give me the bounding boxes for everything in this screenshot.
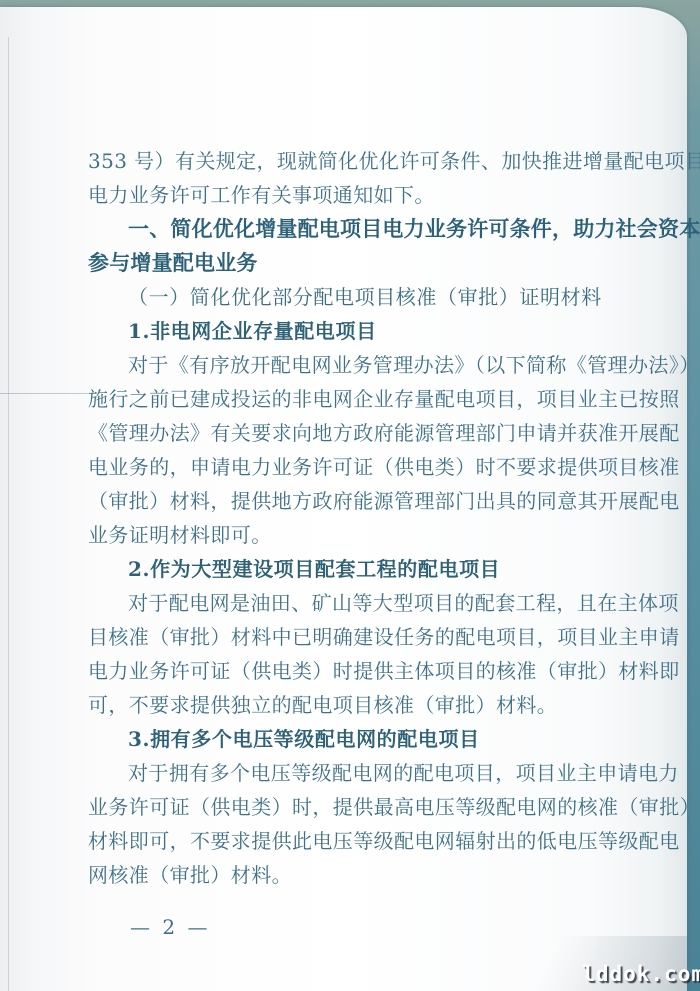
scan-artifact-line <box>0 393 96 394</box>
page-number: — 2 — <box>130 910 210 944</box>
text-line-5: （一）简化优化部分配电项目核准（审批）证明材料 <box>88 280 634 314</box>
text-line-20: 业务许可证（供电类）时，提供最高电压等级配电网的核准（审批） <box>88 790 634 824</box>
text-line-21: 材料即可，不要求提供此电压等级配电网辐射出的低电压等级配电 <box>88 824 634 858</box>
text-line-22: 网核准（审批）材料。 <box>88 858 634 892</box>
text-line-10: 电业务的，申请电力业务许可证（供电类）时不要求提供项目核准 <box>88 450 634 484</box>
watermark: lddok.com <box>582 962 700 986</box>
text-line-3: 一、简化优化增量配电项目电力业务许可条件，助力社会资本 <box>88 212 634 246</box>
scanned-page: 353 号）有关规定，现就简化优化许可条件、加快推进增量配电项目电力业务许可工作… <box>0 7 687 991</box>
text-line-17: 可，不要求提供独立的配电项目核准（审批）材料。 <box>88 688 634 722</box>
text-line-4: 参与增量配电业务 <box>88 246 634 280</box>
text-line-9: 《管理办法》有关要求向地方政府能源管理部门申请并获准开展配 <box>88 416 634 450</box>
text-line-15: 目核准（审批）材料中已明确建设任务的配电项目，项目业主申请 <box>88 620 634 654</box>
scan-canvas: 353 号）有关规定，现就简化优化许可条件、加快推进增量配电项目电力业务许可工作… <box>0 0 700 991</box>
text-line-16: 电力业务许可证（供电类）时提供主体项目的核准（审批）材料即 <box>88 654 634 688</box>
text-line-18: 3.拥有多个电压等级配电网的配电项目 <box>88 722 634 756</box>
page-left-edge-line <box>8 37 9 991</box>
text-line-19: 对于拥有多个电压等级配电网的配电项目，项目业主申请电力 <box>88 756 634 790</box>
text-line-2: 电力业务许可工作有关事项通知如下。 <box>88 178 634 212</box>
text-line-14: 对于配电网是油田、矿山等大型项目的配套工程，且在主体项 <box>88 586 634 620</box>
document-content: 353 号）有关规定，现就简化优化许可条件、加快推进增量配电项目电力业务许可工作… <box>88 144 634 892</box>
text-line-7: 对于《有序放开配电网业务管理办法》（以下简称《管理办法》） <box>88 348 634 382</box>
text-line-11: （审批）材料，提供地方政府能源管理部门出具的同意其开展配电 <box>88 484 634 518</box>
text-line-13: 2.作为大型建设项目配套工程的配电项目 <box>88 552 634 586</box>
text-line-1: 353 号）有关规定，现就简化优化许可条件、加快推进增量配电项目 <box>88 144 634 178</box>
text-line-6: 1.非电网企业存量配电项目 <box>88 314 634 348</box>
text-line-8: 施行之前已建成投运的非电网企业存量配电项目，项目业主已按照 <box>88 382 634 416</box>
text-line-12: 业务证明材料即可。 <box>88 518 634 552</box>
